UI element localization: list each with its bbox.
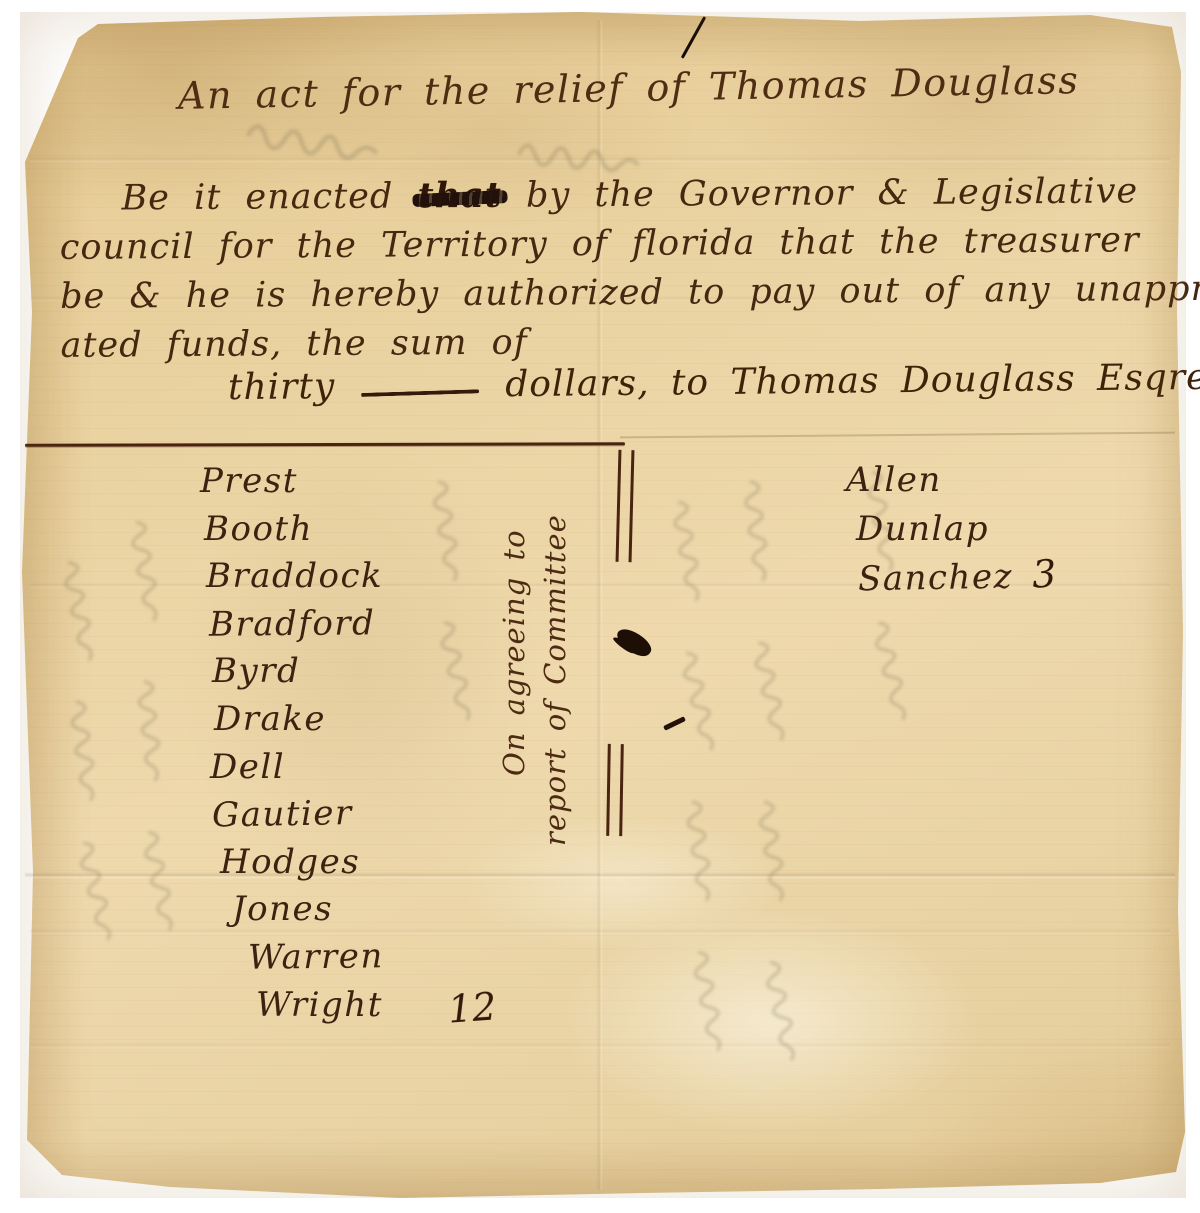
manuscript-page: { "document": { "title": "An act for the…: [0, 0, 1200, 1213]
paper-vignette: [20, 12, 1186, 1198]
